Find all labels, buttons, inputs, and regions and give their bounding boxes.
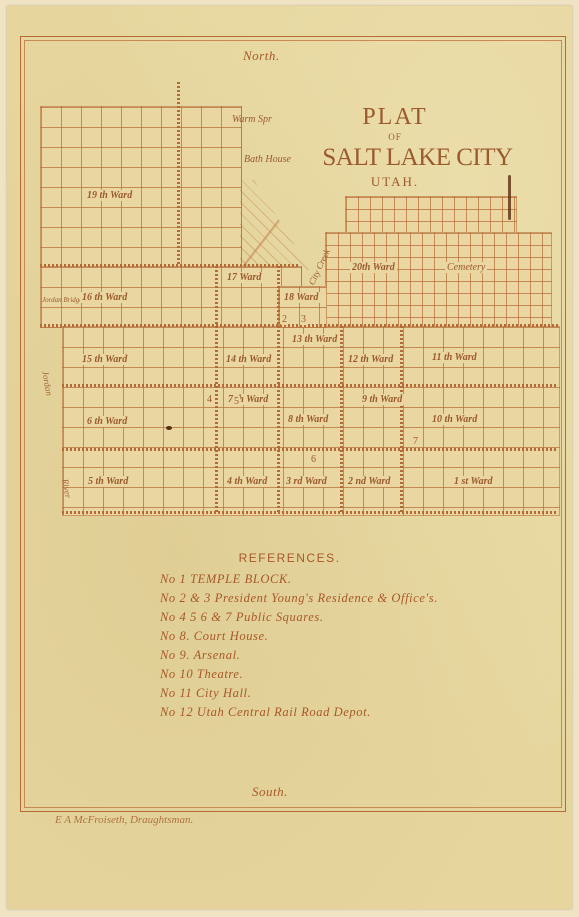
block-number-3: 3 xyxy=(300,314,307,325)
ward-label-14: 14 th Ward xyxy=(224,354,273,365)
block-number-7: 7 xyxy=(412,436,419,447)
reference-item: No 11 City Hall. xyxy=(160,684,438,703)
block-number-2: 2 xyxy=(281,314,288,325)
ward-label-1: 1 st Ward xyxy=(452,476,495,487)
ward-label-9: 9 th Ward xyxy=(360,394,404,405)
reference-item: No 8. Court House. xyxy=(160,627,438,646)
references-list: No 1 TEMPLE BLOCK. No 2 & 3 President Yo… xyxy=(160,570,438,722)
reference-item: No 12 Utah Central Rail Road Depot. xyxy=(160,703,438,722)
title-line-of: OF xyxy=(340,132,450,142)
ward-label-5: 5 th Ward xyxy=(86,476,130,487)
compass-south-label: South. xyxy=(252,784,288,800)
ward-label-8: 8 th Ward xyxy=(286,414,330,425)
compass-north-label: North. xyxy=(243,48,280,64)
ward-label-16: 16 th Ward xyxy=(80,292,129,303)
ward-boundary xyxy=(62,448,558,451)
reference-item: No 9. Arsenal. xyxy=(160,646,438,665)
block-number-4: 4 xyxy=(206,394,213,405)
ward-boundary xyxy=(400,326,403,514)
ward-boundary xyxy=(340,326,343,514)
title-line-city: SALT LAKE CITY xyxy=(305,144,530,172)
ward-label-18: 18 Ward xyxy=(282,292,320,303)
ward-label-19: 19 th Ward xyxy=(85,190,134,201)
ward-label-11: 11 th Ward xyxy=(430,352,479,363)
title-line-utah: UTAH. xyxy=(340,174,450,190)
references-heading: REFERENCES. xyxy=(0,551,579,565)
ward-boundary xyxy=(62,384,558,387)
ward-boundary xyxy=(62,511,558,514)
ward-boundary xyxy=(40,264,300,267)
title-line-plat: PLAT xyxy=(340,104,450,131)
ward-label-2: 2 nd Ward xyxy=(346,476,392,487)
ward-label-15: 15 th Ward xyxy=(80,354,129,365)
block-number-6: 6 xyxy=(310,454,317,465)
ward-label-13: 13 th Ward xyxy=(290,334,339,345)
bath-house-label: Bath House xyxy=(244,154,291,165)
draughtsman-credit: E A McFroiseth, Draughtsman. xyxy=(55,814,193,826)
ward-boundary xyxy=(277,266,280,514)
city-creek xyxy=(177,82,180,264)
reference-item: No 4 5 6 & 7 Public Squares. xyxy=(160,608,438,627)
reference-item: No 10 Theatre. xyxy=(160,665,438,684)
city-blocks-northwest xyxy=(40,106,242,268)
reference-item: No 1 TEMPLE BLOCK. xyxy=(160,570,438,589)
cemetery-label: Cemetery xyxy=(445,262,487,273)
ward-boundary xyxy=(40,324,558,327)
ward-label-6: 6 th Ward xyxy=(85,416,129,427)
ward-label-20: 20th Ward xyxy=(350,262,397,273)
ink-blot xyxy=(166,426,172,430)
city-blocks-east xyxy=(325,232,552,328)
ink-stain xyxy=(508,175,511,220)
ward-label-10: 10 th Ward xyxy=(430,414,479,425)
reference-item: No 2 & 3 President Young's Residence & O… xyxy=(160,589,438,608)
ward-boundary xyxy=(215,266,218,514)
ward-label-12: 12 th Ward xyxy=(346,354,395,365)
ward-label-4: 4 th Ward xyxy=(225,476,269,487)
warm-springs-label: Warm Spr xyxy=(232,114,272,125)
ward-label-17: 17 Ward xyxy=(225,272,263,283)
block-number-5: 5 xyxy=(233,396,240,407)
jordan-bridge-label: Jordan Bridge xyxy=(42,296,82,304)
ward-label-3: 3 rd Ward xyxy=(284,476,329,487)
